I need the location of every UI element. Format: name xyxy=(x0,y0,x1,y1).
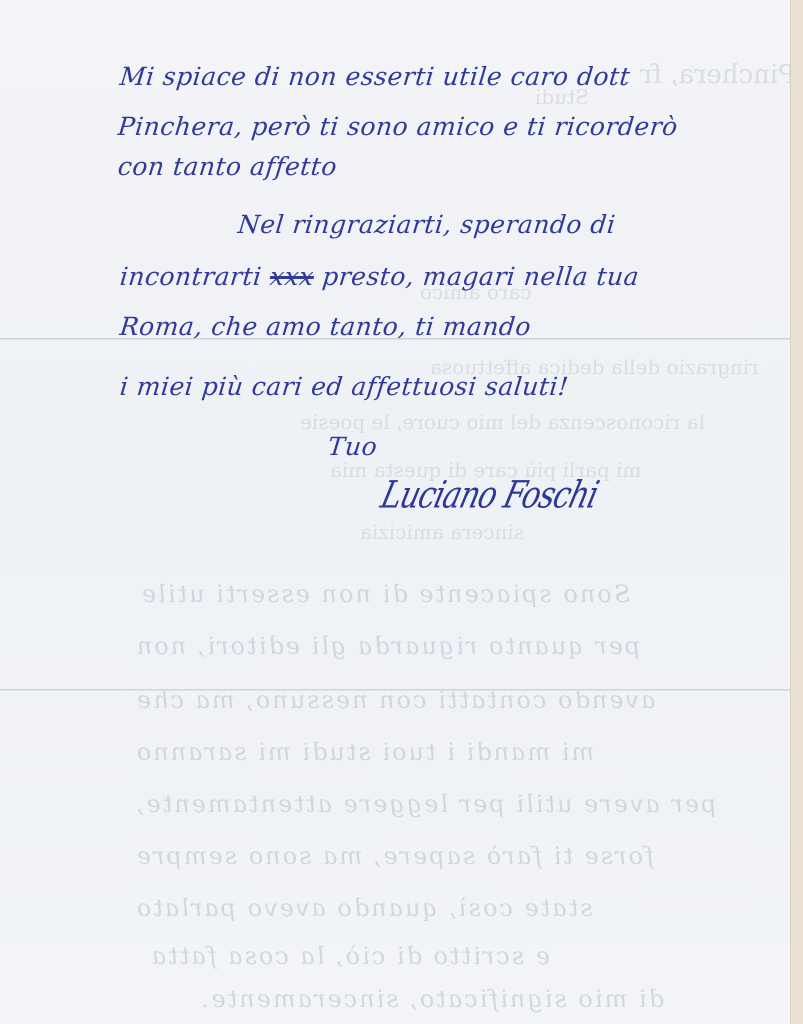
letter-line-5: incontrarti xxx presto, magari nella tua xyxy=(118,262,640,291)
bleed-through-text: forse ti farò sapere, ma sono sempre xyxy=(134,842,656,870)
letter-word: presto, magari nella tua xyxy=(321,262,641,291)
closing: Tuo xyxy=(326,432,378,461)
fold-line xyxy=(0,689,790,691)
letter-line-1: Mi spiace di non esserti utile caro dott xyxy=(118,62,631,91)
bleed-through-text: Sono spiacente di non esserti utile xyxy=(139,580,632,608)
bleed-through-text: per avere utili per leggere attentamente… xyxy=(134,790,719,818)
letter-line-3: con tanto affetto xyxy=(116,152,338,181)
letter-line-4: Nel ringraziarti, sperando di xyxy=(236,210,617,239)
letter-line-6: Roma, che amo tanto, ti mando xyxy=(118,312,532,341)
bleed-through-text: la riconoscenza del mio cuore, le poesie xyxy=(300,410,705,434)
signature: Luciano Foschi xyxy=(377,474,603,518)
letter-word: incontrarti xyxy=(118,262,263,291)
bleed-through-text: per quanto riguarda gli editori, non xyxy=(134,632,642,660)
struck-out-word: xxx xyxy=(269,262,316,291)
bleed-through-text: sincera amicizia xyxy=(360,520,524,544)
paper-edge xyxy=(790,0,803,1024)
letter-line-2: Pinchera, però ti sono amico e ti ricord… xyxy=(116,112,679,141)
bleed-through-text: e scritto di ciò, la cosa fatta xyxy=(149,942,552,970)
bleed-through-text: state così, quando avevo parlato xyxy=(134,894,595,922)
letter-sheet: Pinchera, fr Studi caro amico ringrazio … xyxy=(0,0,790,1024)
bleed-through-text: Pinchera, fr xyxy=(640,60,796,90)
bleed-through-text: di mio significato, sinceramente. xyxy=(199,985,666,1013)
bleed-through-text: mi mandi i tuoi studi mi saranno xyxy=(134,738,596,766)
letter-line-7: i miei più cari ed affettuosi saluti! xyxy=(118,372,570,401)
